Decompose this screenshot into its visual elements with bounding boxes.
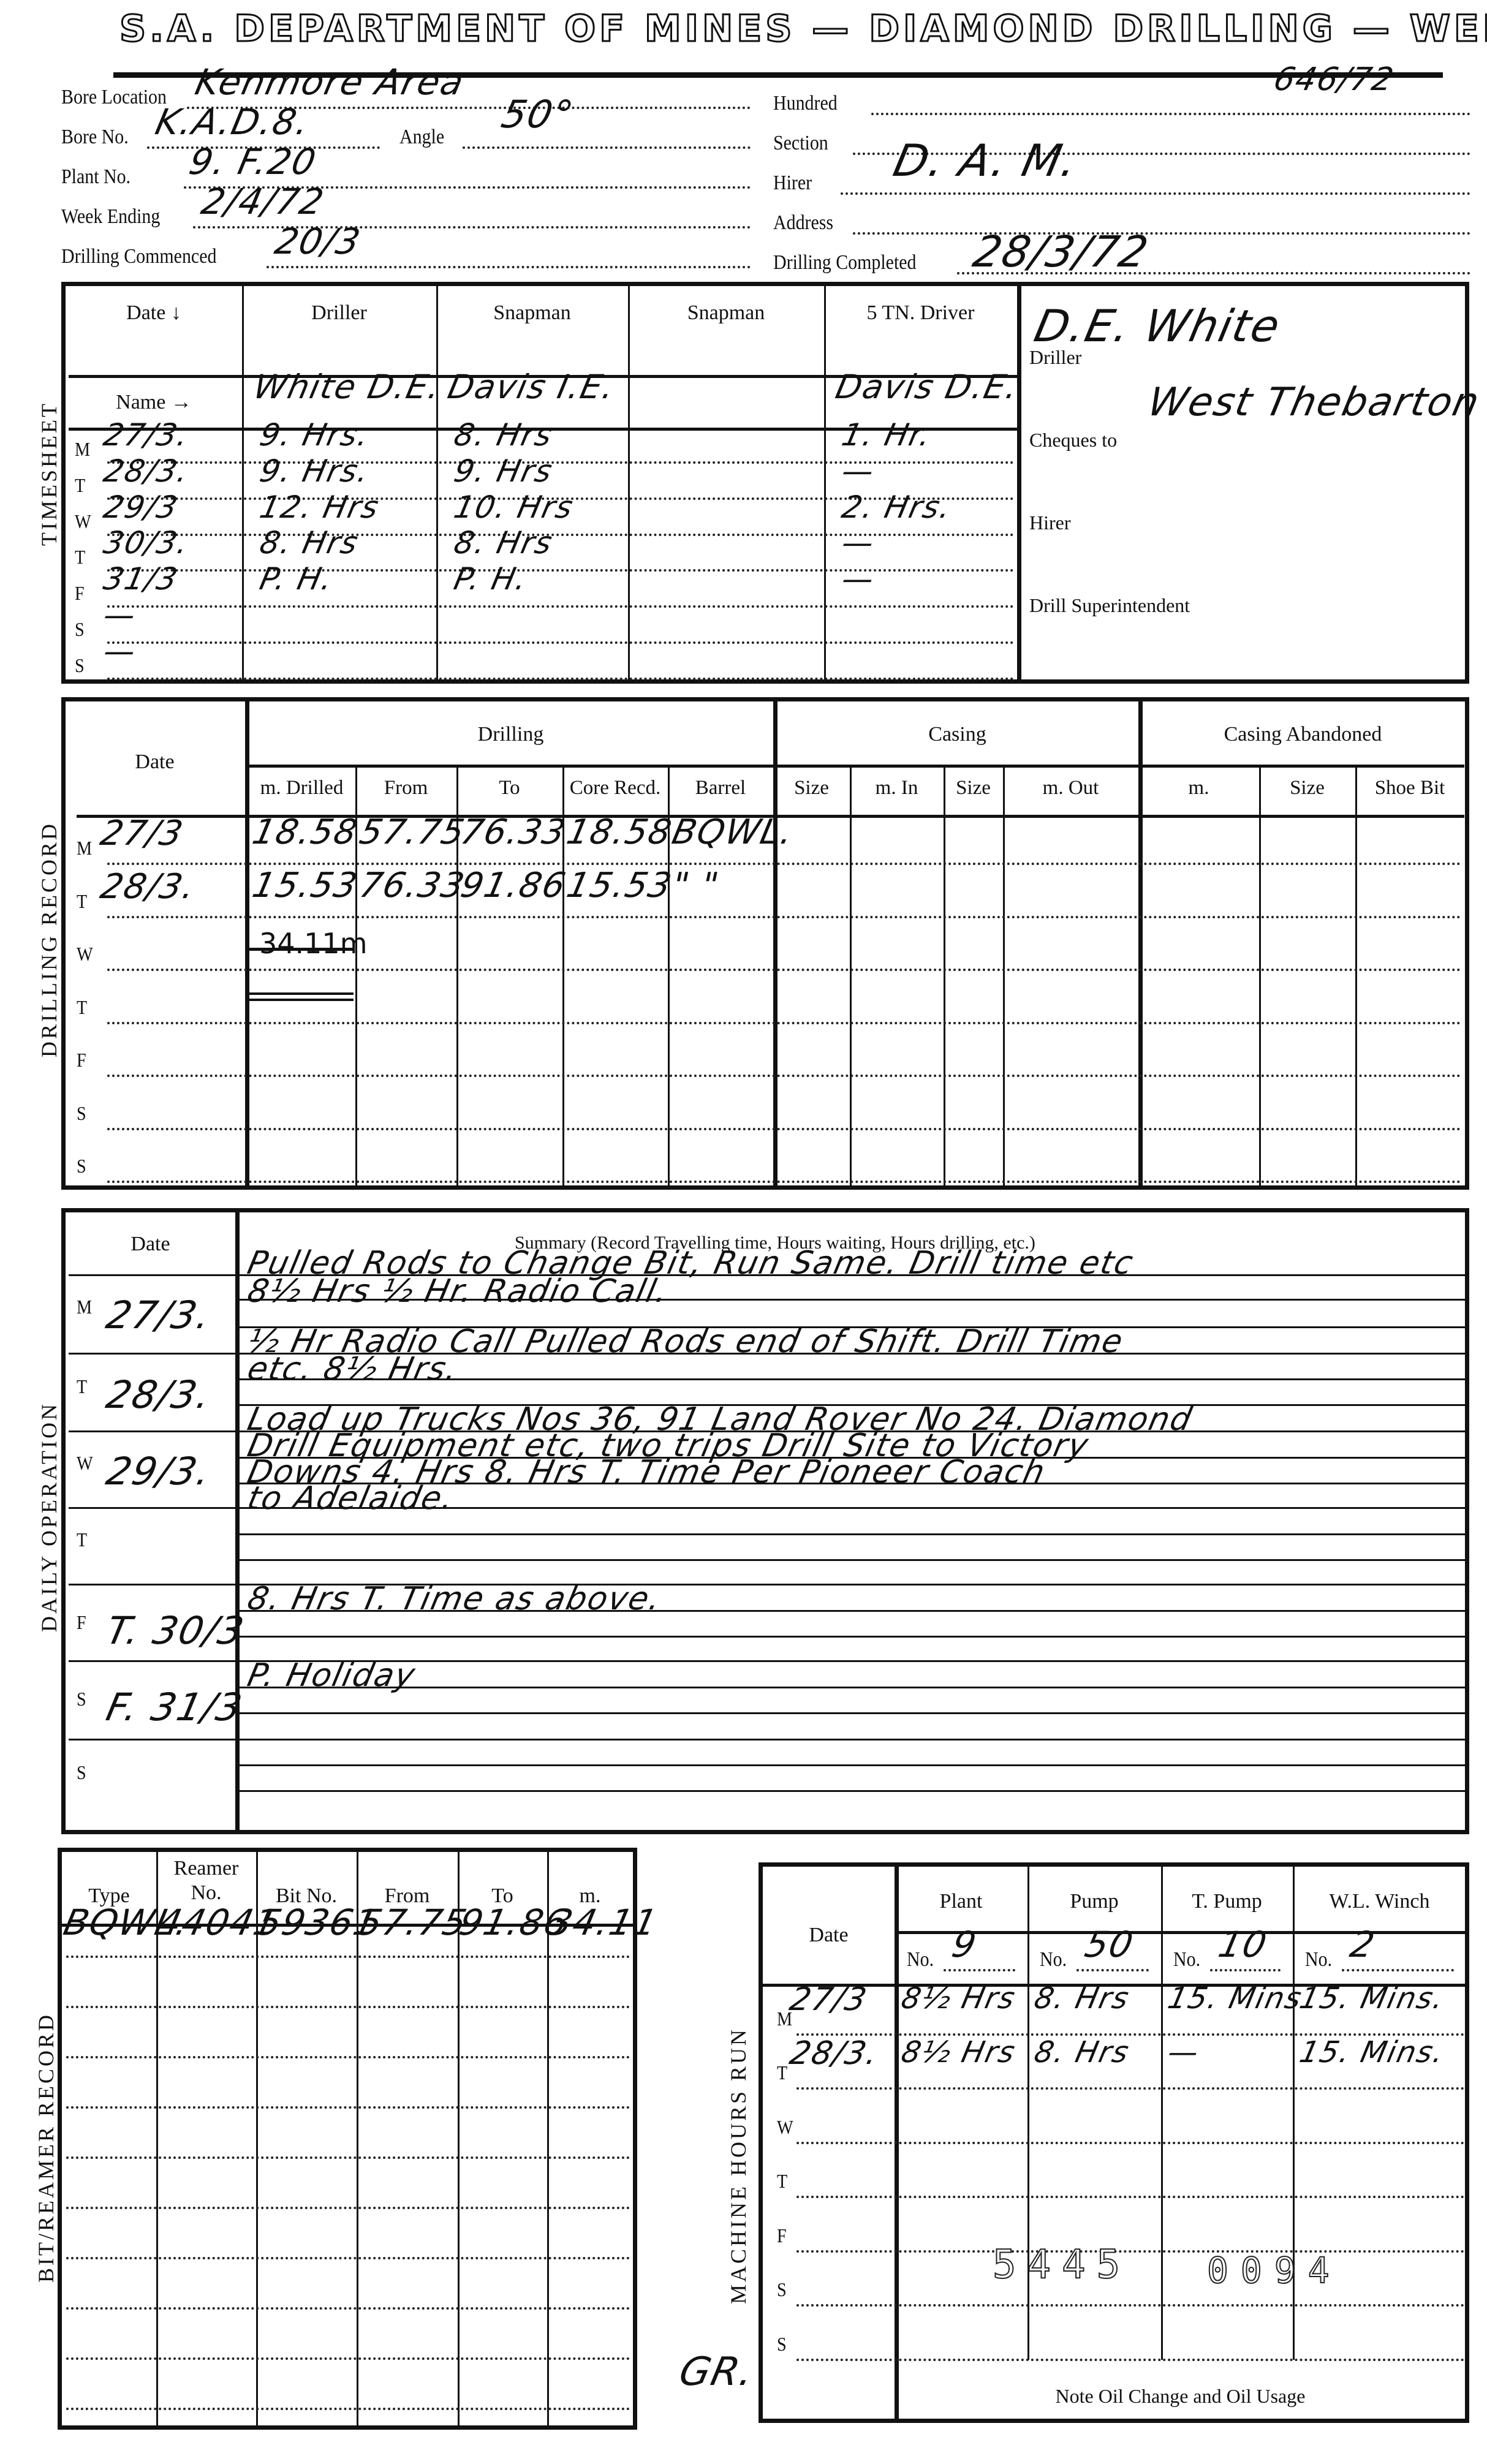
angle-value[interactable]: 50° (498, 92, 578, 137)
timesheet-cell[interactable]: 2. Hrs. (839, 489, 955, 525)
hirer-value[interactable]: D. A. M. (889, 135, 1083, 186)
day-label: F (777, 2224, 787, 2247)
header-field-value[interactable]: 9. F.20 (186, 141, 320, 183)
day-label: M (77, 837, 92, 860)
timesheet-cell[interactable]: 1. Hr. (839, 417, 935, 453)
day-label: W (75, 510, 91, 533)
column-header: Pump (1027, 1890, 1161, 1913)
date-column-header: Date (66, 1233, 235, 1256)
machine-cell[interactable]: 15. Mins (1165, 1981, 1306, 2016)
day-label: S (77, 1688, 86, 1710)
row-line (107, 863, 1461, 865)
date-row-divider (69, 1353, 235, 1355)
header-field-line (853, 232, 1470, 235)
day-label: T (75, 546, 85, 569)
day-label: T (77, 1529, 87, 1551)
timesheet-cell[interactable]: 12. Hrs (257, 489, 383, 525)
row-line (107, 969, 1461, 971)
drilling-group-header: Drilling (248, 723, 773, 746)
machine-cell[interactable]: 8½ Hrs (898, 2035, 1019, 2069)
day-label: F (77, 1049, 86, 1071)
day-label: S (75, 654, 85, 677)
timesheet-cell[interactable]: P. H. (451, 561, 531, 597)
column-header: Shoe Bit (1355, 777, 1464, 799)
meter-stamp-left: 5445 (993, 2242, 1131, 2288)
day-label: T (75, 474, 85, 497)
timesheet-cell[interactable]: 8. Hrs (451, 417, 556, 453)
entry-date[interactable]: 29/3. (102, 1449, 215, 1494)
header-field-line (267, 266, 751, 268)
row-date[interactable]: 27/3 (97, 814, 187, 853)
column-divider (242, 286, 244, 680)
day-label: S (77, 1102, 86, 1125)
column-divider (1355, 766, 1357, 1185)
header-field-label: Drilling Commenced (61, 245, 216, 268)
summary-line[interactable]: etc. 8½ Hrs. (244, 1351, 462, 1388)
number-label: No. (1040, 1948, 1067, 1971)
summary-ruled-line (239, 1687, 1466, 1688)
bit-cell[interactable]: 34.11 (545, 1902, 662, 1943)
driller-signature[interactable]: D.E. White (1030, 300, 1285, 352)
row-date[interactable]: 27/3. (100, 417, 193, 453)
row-line (796, 2304, 1464, 2307)
header-field-value[interactable]: K.A.D.8. (152, 101, 314, 143)
number-line (1210, 1969, 1281, 1971)
signature-label: Drill Superintendent (1029, 594, 1190, 617)
header-field-line (871, 113, 1470, 115)
header-field-label: Plant No. (61, 165, 131, 189)
row-line (66, 2056, 630, 2058)
column-header: m. In (850, 777, 944, 799)
column-header: Driller (242, 301, 436, 325)
drilling-record-section-title: DRILLING RECORD (36, 837, 62, 1057)
day-label: M (77, 1296, 92, 1318)
day-label: W (777, 2116, 793, 2139)
signature-label: Cheques to (1029, 429, 1117, 452)
row-line (796, 2359, 1464, 2361)
column-header: 5 TN. Driver (824, 301, 1017, 325)
row-line (107, 1128, 1461, 1130)
row-line (107, 1022, 1461, 1024)
day-label: M (75, 438, 90, 461)
date-row-divider (69, 1660, 235, 1662)
row-line (66, 2307, 630, 2310)
worker-name[interactable]: Davis I.E. (444, 368, 619, 406)
row-line (66, 2408, 630, 2410)
day-label: S (75, 618, 85, 641)
casing-abandoned-group-header: Casing Abandoned (1141, 723, 1464, 746)
column-header: Snapman (628, 301, 824, 325)
row-date[interactable]: 28/3. (97, 867, 199, 907)
number-line (1076, 1969, 1149, 1971)
meter-stamp-right: 0094 (1207, 2250, 1342, 2291)
drilling-cell[interactable]: 15.53 (249, 866, 361, 905)
timesheet-cell[interactable]: 9. Hrs (451, 453, 556, 489)
row-date[interactable]: 29/3 (100, 489, 182, 525)
row-line (107, 461, 1014, 464)
column-header: From (355, 777, 456, 799)
summary-line[interactable]: 8. Hrs T. Time as above. (244, 1581, 665, 1617)
timesheet-cell[interactable]: 9. Hrs. (257, 417, 373, 453)
date-row-divider (69, 1274, 235, 1276)
column-divider (436, 286, 438, 680)
drilling-cell[interactable]: " " (668, 866, 723, 905)
column-header: Core Recd. (562, 777, 668, 799)
total-double-underline (248, 992, 354, 995)
header-field-label: Hundred (773, 92, 838, 115)
header-field-label: Address (773, 211, 833, 235)
drilling-cell[interactable]: 18.58 (563, 812, 676, 852)
row-line (66, 2106, 630, 2109)
machine-cell[interactable]: 8½ Hrs (898, 1981, 1019, 2016)
row-line (107, 569, 1014, 572)
column-divider (628, 286, 630, 680)
column-header: T. Pump (1161, 1890, 1293, 1913)
day-label: S (77, 1761, 86, 1784)
summary-ruled-line (239, 1660, 1466, 1662)
summary-ruled-line (239, 1533, 1466, 1535)
header-field-value[interactable]: 20/3 (271, 221, 365, 262)
number-label: No. (907, 1948, 934, 1971)
timesheet-cell[interactable]: 8. Hrs (257, 525, 362, 561)
row-date[interactable]: 31/3 (100, 561, 182, 597)
row-line (66, 2207, 630, 2209)
date-row-divider (69, 1507, 235, 1509)
column-divider (1003, 766, 1005, 1185)
group-divider (248, 765, 1464, 768)
date-column-header: Date ↓ (66, 301, 242, 325)
signature-label: Hirer (1029, 512, 1071, 534)
header-field-label: Section (773, 132, 828, 155)
number-line (1342, 1969, 1454, 1971)
date-column-header: Date (763, 1924, 895, 1947)
total-overline (248, 948, 354, 951)
header-field-label: Hirer (773, 172, 812, 195)
column-divider (245, 701, 249, 1185)
row-line (107, 1075, 1461, 1077)
summary-ruled-line (239, 1636, 1466, 1638)
row-line (796, 2087, 1464, 2090)
summary-ruled-line (239, 1712, 1466, 1714)
summary-line[interactable]: to Adelaide. (244, 1480, 458, 1517)
bit-reamer-section-title: BIT/REAMER RECORD (33, 2038, 59, 2283)
column-header: Barrel (668, 777, 773, 799)
row-line (66, 1956, 630, 1958)
day-label: T (777, 2170, 787, 2193)
summary-ruled-line (239, 1764, 1466, 1766)
column-divider (850, 766, 852, 1185)
date-row-divider (69, 1584, 235, 1585)
column-divider (1259, 766, 1261, 1185)
machine-number[interactable]: 50 (1081, 1924, 1138, 1965)
row-date[interactable]: 28/3. (787, 2035, 882, 2072)
column-header: m. Drilled (248, 777, 355, 799)
entry-date[interactable]: 27/3. (102, 1293, 215, 1337)
drilling-cell[interactable]: 76.33 (457, 812, 570, 852)
row-line (107, 534, 1014, 536)
header-field-value[interactable]: 2/4/72 (198, 181, 328, 222)
drilling-cell[interactable]: 18.58 (249, 812, 361, 852)
machine-hours-section-title: MACHINE HOURS RUN (725, 2084, 751, 2304)
entry-date[interactable]: F. 31/3 (102, 1685, 247, 1729)
hundred-value[interactable]: 646/72 (1271, 61, 1398, 98)
total-double-underline (248, 999, 354, 1001)
day-label: S (777, 2333, 787, 2356)
angle-label: Angle (399, 126, 444, 149)
column-divider (1138, 701, 1143, 1185)
header-field-label: Bore Location (61, 86, 167, 109)
machine-cell[interactable]: 8. Hrs (1031, 1981, 1133, 2016)
drilling-cell[interactable]: 91.86 (457, 866, 570, 905)
timesheet-section-title: TIMESHEET (36, 423, 62, 546)
column-header: Reamer No. (156, 1856, 256, 1905)
day-label: W (77, 1452, 93, 1475)
day-label: T (77, 996, 87, 1019)
machine-cell[interactable]: 8. Hrs (1031, 2035, 1133, 2069)
day-label: T (77, 1375, 87, 1398)
entry-date[interactable]: T. 30/3 (102, 1608, 249, 1653)
report-title: S.A. DEPARTMENT OF MINES — DIAMOND DRILL… (119, 7, 1437, 50)
drilling-completed-value[interactable]: 28/3/72 (969, 227, 1153, 277)
timesheet-cell[interactable]: 9. Hrs. (257, 453, 373, 489)
drilling-cell[interactable]: BQWL. (668, 812, 798, 852)
day-label: T (77, 890, 87, 913)
drilling-cell[interactable]: 76.33 (356, 866, 469, 905)
column-header: Size (1259, 777, 1355, 799)
group-divider (898, 1931, 1466, 1934)
summary-ruled-line (239, 1739, 1466, 1740)
row-date[interactable]: 30/3. (100, 525, 193, 561)
row-line (66, 2257, 630, 2259)
entry-date[interactable]: 28/3. (102, 1372, 215, 1417)
column-header: Plant (895, 1890, 1027, 1913)
header-field-line (193, 226, 751, 229)
column-header: W.L. Winch (1293, 1890, 1466, 1913)
row-line (107, 1181, 1461, 1183)
header-field-value[interactable]: Kenmore Area (192, 61, 469, 103)
summary-ruled-line (239, 1790, 1466, 1792)
oil-note: Note Oil Change and Oil Usage (895, 2385, 1466, 2408)
bit-cell[interactable]: 57.75 (355, 1902, 472, 1943)
day-label: F (77, 1611, 86, 1634)
row-date[interactable]: 28/3. (100, 453, 193, 489)
header-field-label: Week Ending (61, 205, 160, 229)
column-header: To (456, 777, 562, 799)
total-drilled[interactable]: 34.11m (259, 927, 368, 960)
row-line (66, 2006, 630, 2008)
date-row-divider (69, 1739, 235, 1740)
day-label: S (777, 2278, 787, 2301)
date-column-header: Date (64, 750, 245, 774)
header-field-label: Bore No. (61, 126, 129, 149)
column-divider (824, 286, 826, 680)
name-row-header: Name → (66, 391, 242, 414)
summary-line[interactable]: P. Holiday (244, 1657, 419, 1694)
drilling-cell[interactable]: 57.75 (356, 812, 469, 852)
column-divider (773, 701, 778, 1185)
timesheet-cell[interactable]: P. H. (257, 561, 337, 597)
date-row-divider (69, 1430, 235, 1432)
column-divider (944, 766, 945, 1185)
number-label: No. (1173, 1948, 1200, 1971)
number-label: No. (1305, 1948, 1332, 1971)
summary-ruled-line (239, 1559, 1466, 1561)
row-line (107, 605, 1014, 608)
angle-line (463, 146, 751, 149)
summary-line[interactable]: 8½ Hrs ½ Hr. Radio Call. (244, 1273, 672, 1310)
column-header: Size (944, 777, 1003, 799)
row-date[interactable]: 27/3 (787, 1981, 871, 2018)
day-label: W (77, 943, 93, 966)
cheques-to-value[interactable]: West Thebarton (1144, 380, 1484, 425)
drilling-cell[interactable]: 15.53 (563, 866, 676, 905)
column-divider (1161, 1867, 1163, 2360)
row-line (66, 2156, 630, 2159)
column-header: Snapman (436, 301, 628, 325)
number-line (944, 1969, 1015, 1971)
header-field-line (841, 192, 1470, 195)
timesheet-cell[interactable]: 10. Hrs (451, 489, 577, 525)
worker-name[interactable]: White D.E. (250, 368, 445, 406)
daily-operation-section-title: DAILY OPERATION (36, 1400, 62, 1633)
row-line (107, 678, 1014, 680)
machine-number[interactable]: 10 (1215, 1924, 1271, 1965)
day-label: F (75, 582, 85, 605)
day-label: S (77, 1155, 86, 1177)
row-line (107, 641, 1014, 644)
timesheet-cell[interactable]: 8. Hrs (451, 525, 556, 561)
row-line (107, 916, 1461, 918)
date-summary-divider (235, 1212, 240, 1831)
machine-cell[interactable]: 15. Mins. (1296, 2035, 1448, 2069)
row-line (796, 2196, 1464, 2198)
header-field-label: Drilling Completed (773, 251, 917, 274)
casing-group-header: Casing (776, 723, 1138, 746)
machine-cell[interactable]: 15. Mins. (1296, 1981, 1448, 2016)
worker-name[interactable]: Davis D.E. (832, 368, 1022, 406)
column-header: Size (773, 777, 850, 799)
column-header: m. (1138, 777, 1259, 799)
column-header: m. Out (1003, 777, 1138, 799)
initials-signature: GR. (675, 2349, 759, 2395)
row-line (796, 2142, 1464, 2144)
row-line (66, 2357, 630, 2360)
panel-divider (1017, 286, 1021, 680)
day-label: T (777, 2062, 787, 2084)
